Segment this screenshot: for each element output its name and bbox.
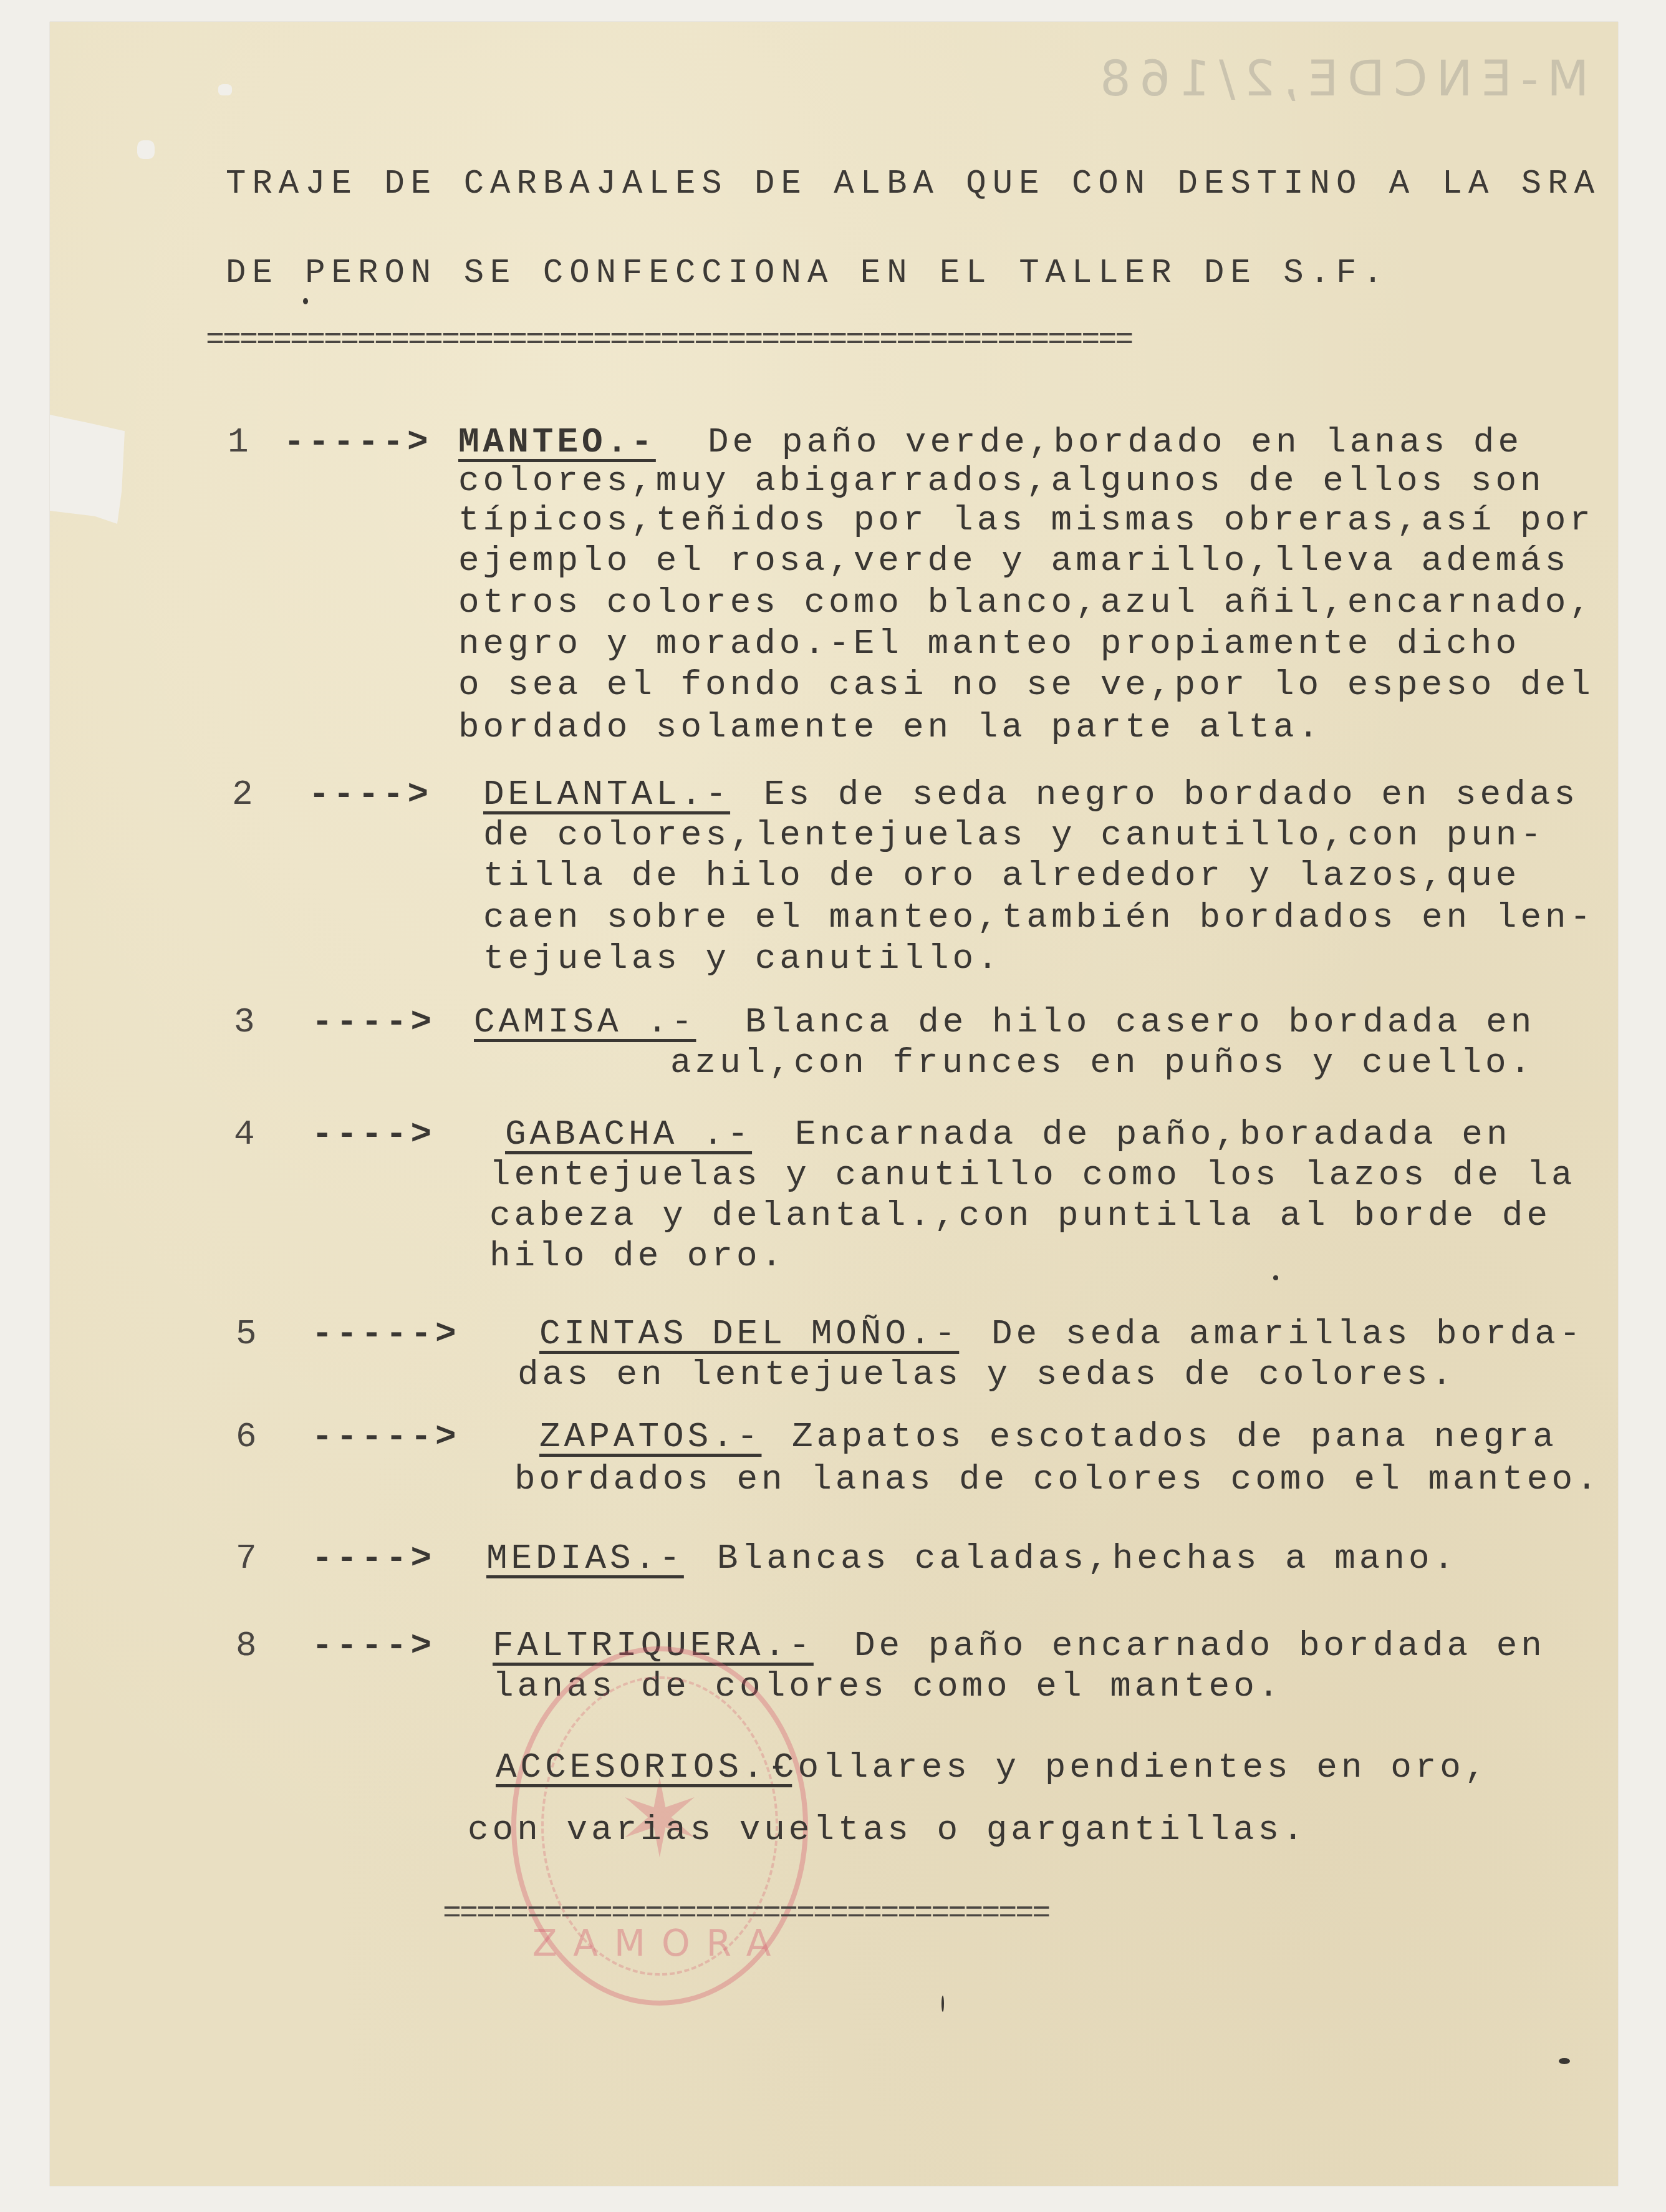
item-text-line: negro y morado.-El manteo propiamente di… [458, 622, 1520, 665]
item-text-line: bordado solamente en la parte alta. [458, 706, 1322, 748]
accessories-heading: ACCESORIOS.- [496, 1746, 792, 1789]
item-number: 2 [232, 773, 257, 816]
item-heading: DELANTAL.- [483, 773, 730, 816]
item-text-line: tejuelas y canutillo. [483, 937, 1002, 980]
item-text-line: Blanca de hilo casero bordada en [745, 1001, 1535, 1043]
ink-speck [1273, 1275, 1278, 1280]
separator-rule-bottom: ==================================== [443, 1893, 1049, 1935]
item-text-line: lentejuelas y canutillo como los lazos d… [489, 1154, 1576, 1196]
item-text-line: Zapatos escotados de pana negra [792, 1416, 1558, 1458]
item-text-line: típicos,teñidos por las mismas obreras,a… [458, 499, 1594, 541]
item-number: 4 [234, 1113, 259, 1156]
item-text-line: otros colores como blanco,azul añil,enca… [458, 581, 1594, 624]
item-number: 5 [236, 1313, 261, 1355]
item-number: 1 [228, 421, 253, 463]
punch-hole [137, 140, 155, 159]
torn-edge-notch [50, 415, 125, 524]
arrow-icon: -----> [312, 1416, 460, 1458]
arrow-icon: ----> [312, 1537, 435, 1580]
arrow-icon: ----> [309, 773, 432, 816]
item-heading: CINTAS DEL MOÑO.- [539, 1313, 959, 1355]
document-title-line-2: DE PERON SE CONFECCIONA EN EL TALLER DE … [226, 253, 1389, 295]
arrow-icon: ----> [312, 1001, 435, 1043]
arrow-icon: ----> [312, 1113, 435, 1156]
item-heading: MEDIAS.- [486, 1537, 684, 1580]
document-title-line-1: TRAJE DE CARBAJALES DE ALBA QUE CON DEST… [226, 163, 1601, 206]
item-text-line: ejemplo el rosa,verde y amarillo,lleva a… [458, 539, 1569, 582]
item-number: 3 [234, 1001, 259, 1043]
item-heading: GABACHA .- [505, 1113, 752, 1156]
arrow-icon: -----> [284, 421, 432, 463]
item-text-line: De seda amarillas borda- [991, 1313, 1584, 1355]
item-text-line: cabeza y delantal.,con puntilla al borde… [489, 1194, 1551, 1237]
item-text-line: o sea el fondo casi no se ve,por lo espe… [458, 664, 1594, 706]
item-number: 6 [236, 1416, 261, 1458]
item-text-line: colores,muy abigarrados,algunos de ellos… [458, 460, 1545, 502]
separator-rule-top: ========================================… [206, 319, 1132, 362]
accessories-text-line: con varias vueltas o gargantillas. [468, 1809, 1307, 1851]
item-text-line: De paño verde,bordado en lanas de [708, 421, 1523, 463]
archival-pencil-mark: M-ENCDE,2/168 [1091, 51, 1589, 107]
accessories-text-line: Collares y pendientes en oro, [773, 1746, 1490, 1789]
item-text-line: caen sobre el manteo,también bordados en… [483, 896, 1594, 939]
item-text-line: Blancas caladas,hechas a mano. [717, 1537, 1458, 1580]
arrow-icon: -----> [312, 1313, 460, 1355]
item-number: 8 [236, 1625, 261, 1667]
item-text-line: azul,con frunces en puños y cuello. [670, 1041, 1534, 1084]
arrow-icon: ----> [312, 1625, 435, 1667]
item-text-line: Es de seda negro bordado en sedas [764, 773, 1579, 816]
item-text-line: bordados en lanas de colores como el man… [514, 1458, 1601, 1500]
item-text-line: Encarnada de paño,boradada en [795, 1113, 1511, 1156]
punch-hole [218, 84, 232, 95]
item-text-line: tilla de hilo de oro alrededor y lazos,q… [483, 854, 1520, 897]
ink-speck [941, 1996, 944, 2012]
item-text-line: de colores,lentejuelas y canutillo,con p… [483, 814, 1545, 856]
item-text-line: das en lentejuelas y sedas de colores. [518, 1353, 1456, 1396]
item-heading: MANTEO.- [458, 421, 656, 463]
item-text-line: hilo de oro. [489, 1235, 786, 1277]
item-heading: CAMISA .- [474, 1001, 696, 1043]
ink-speck [303, 298, 308, 304]
item-text-line: De paño encarnado bordada en [854, 1625, 1546, 1667]
item-number: 7 [236, 1537, 261, 1580]
ink-speck [1559, 2058, 1570, 2064]
item-heading: ZAPATOS.- [539, 1416, 761, 1458]
